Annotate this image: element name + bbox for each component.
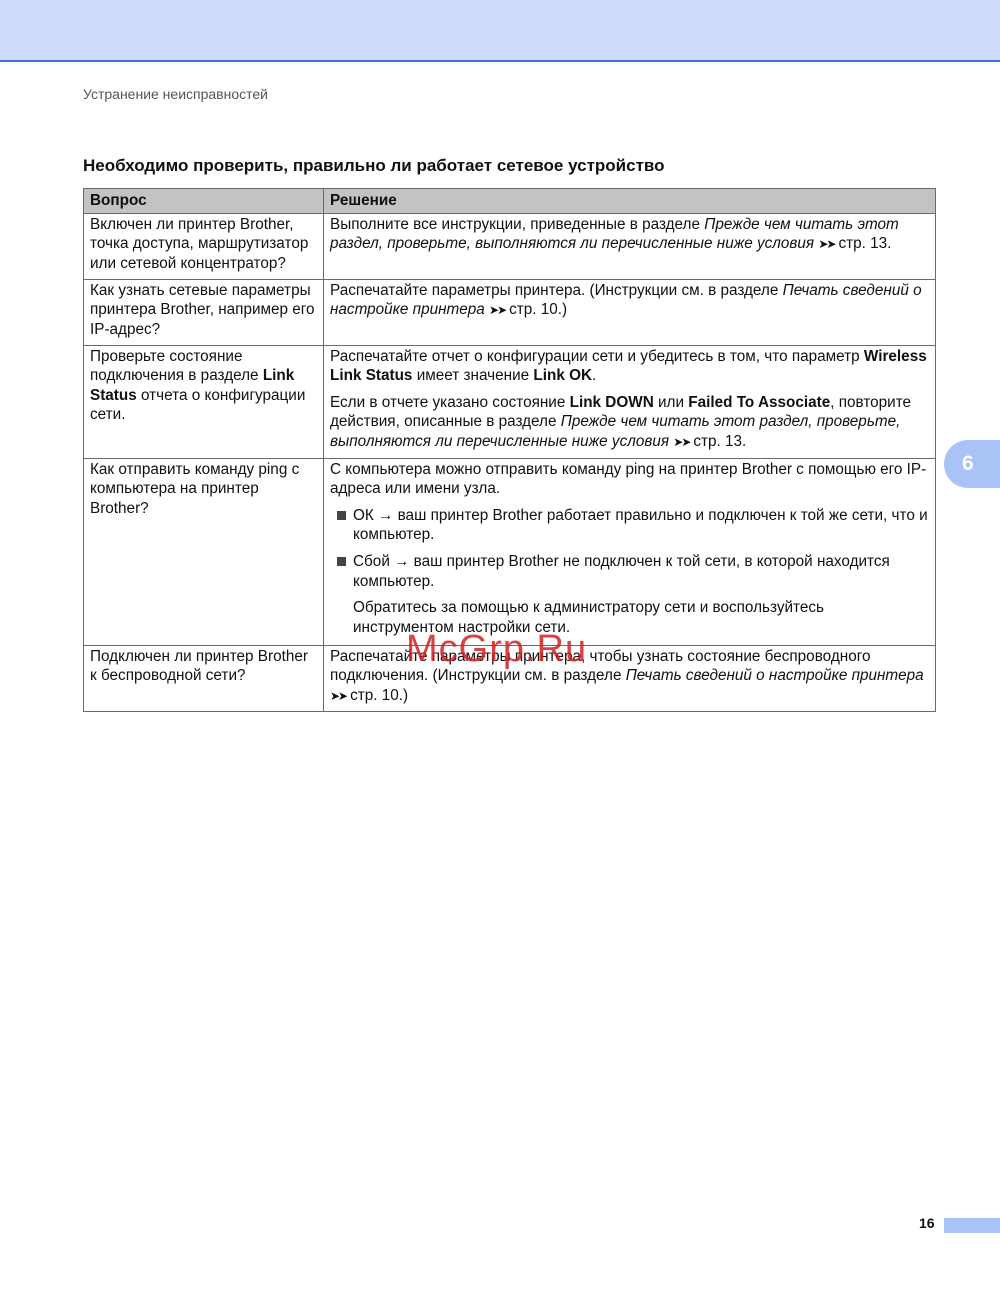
section-title: Необходимо проверить, правильно ли работ… xyxy=(83,156,665,176)
column-header-question: Вопрос xyxy=(84,189,324,214)
solution-paragraph: Если в отчете указано состояние Link DOW… xyxy=(330,393,929,453)
column-header-solution: Решение xyxy=(324,189,936,214)
header-band xyxy=(0,0,1000,62)
page-number: 16 xyxy=(919,1215,935,1231)
chapter-tab: 6 xyxy=(944,440,1000,488)
table-row: Как узнать сетевые параметры принтера Br… xyxy=(84,279,936,345)
bullet-item-ok: ОК → ваш принтер Brother работает правил… xyxy=(330,506,929,545)
table-row: Как отправить команду ping с компьютера … xyxy=(84,458,936,645)
double-arrow-icon: ➤➤ xyxy=(330,689,346,703)
question-cell: Проверьте состояние подключения в раздел… xyxy=(84,345,324,458)
running-head: Устранение неисправностей xyxy=(83,86,268,102)
page-reference: стр. 13. xyxy=(838,235,891,252)
question-cell: Как отправить команду ping с компьютера … xyxy=(84,458,324,645)
page-reference: стр. 10.) xyxy=(350,687,408,704)
solution-cell: Выполните все инструкции, приведенные в … xyxy=(324,213,936,279)
solution-cell: Распечатайте отчет о конфигурации сети и… xyxy=(324,345,936,458)
double-arrow-icon: ➤➤ xyxy=(489,303,505,317)
solution-cell: Распечатайте параметры принтера. (Инстру… xyxy=(324,279,936,345)
section-reference-link[interactable]: Печать сведений о настройке принтера xyxy=(626,667,924,684)
double-arrow-icon: ➤➤ xyxy=(673,435,689,449)
table-row: Включен ли принтер Brother, точка доступ… xyxy=(84,213,936,279)
question-cell: Как узнать сетевые параметры принтера Br… xyxy=(84,279,324,345)
double-arrow-icon: ➤➤ xyxy=(818,237,834,251)
question-cell: Подключен ли принтер Brother к беспровод… xyxy=(84,645,324,711)
page-reference: стр. 13. xyxy=(693,433,746,450)
table-header-row: Вопрос Решение xyxy=(84,189,936,214)
bullet-item-fail: Сбой → ваш принтер Brother не подключен … xyxy=(330,552,929,591)
table-row: Проверьте состояние подключения в раздел… xyxy=(84,345,936,458)
solution-paragraph: С компьютера можно отправить команду pin… xyxy=(330,460,929,499)
solution-paragraph: Распечатайте отчет о конфигурации сети и… xyxy=(330,347,929,386)
watermark: McGrp.Ru xyxy=(406,628,587,671)
solution-cell: С компьютера можно отправить команду pin… xyxy=(324,458,936,645)
page-bar xyxy=(944,1218,1000,1233)
page-reference: стр. 10.) xyxy=(509,301,567,318)
question-cell: Включен ли принтер Brother, точка доступ… xyxy=(84,213,324,279)
